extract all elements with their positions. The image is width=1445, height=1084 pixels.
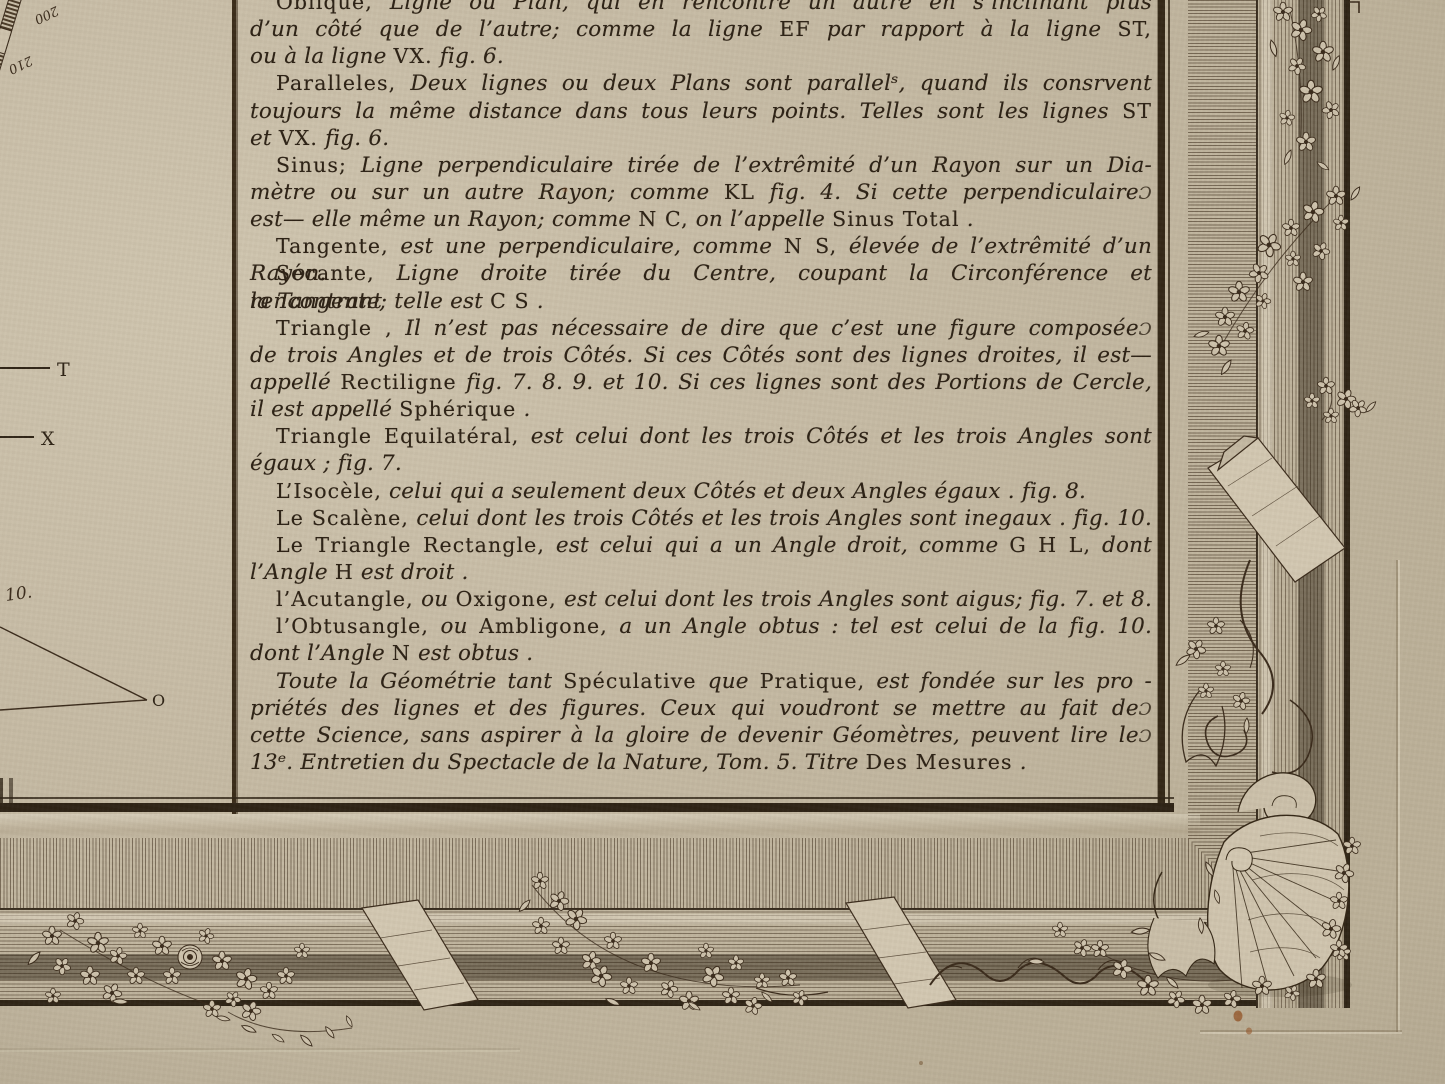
term-roman: Le Triangle Rectangle, xyxy=(276,533,545,557)
point-label-X: X xyxy=(41,428,55,450)
definition-italic: l’Angle xyxy=(250,560,335,585)
fig10-number: 10. xyxy=(4,582,34,606)
definition-italic: on l’appelle xyxy=(689,207,832,232)
term-roman: Tangente, xyxy=(276,234,389,258)
definition-italic: est fondée sur les pro - xyxy=(865,669,1152,694)
text-line: il est appellé Sphérique . xyxy=(250,396,1152,423)
term-roman: N S, xyxy=(784,234,837,258)
definition-italic: cette Science, sans aspirer à la gloire … xyxy=(250,723,1139,748)
definition-italic: Ɔ xyxy=(1139,727,1152,747)
term-roman: Sinus; xyxy=(276,153,347,177)
term-roman: Triangle Equilatéral, xyxy=(276,424,519,448)
scale-bar-fragment: 200 210 xyxy=(0,0,62,88)
term-roman: Sinus Total xyxy=(832,207,960,231)
definition-italic: est obtus . xyxy=(411,641,533,666)
text-line: l’Angle H est droit . xyxy=(250,559,1152,586)
term-roman: ST xyxy=(1122,99,1152,123)
text-panel-left-rule xyxy=(232,0,238,814)
definition-italic: ou xyxy=(429,614,479,639)
scale-label-200: 200 xyxy=(32,2,62,27)
text-line: est— elle même un Rayon; comme N C, on l… xyxy=(250,206,1152,233)
term-roman: Spéculative xyxy=(563,669,696,693)
definition-italic: dont l’Angle xyxy=(250,641,392,666)
definition-italic: fig. 4. Si cette perpendiculaire xyxy=(755,180,1139,205)
definition-italic: est celui dont les trois Angles sont aig… xyxy=(557,587,1152,612)
definition-italic: est celui qui a un Angle droit, comme xyxy=(545,533,1009,558)
point-label-T: T xyxy=(57,359,70,381)
text-column: Oblique, Ligne ou Plan, qui en rencontre… xyxy=(250,0,1152,776)
definition-italic: mètre ou sur un autre Rayon; comme xyxy=(250,180,724,205)
text-line: égaux ; fig. 7. xyxy=(250,450,1152,477)
right-border-molding xyxy=(1256,0,1350,1008)
text-line: Paralleles, Deux lignes ou deux Plans so… xyxy=(250,70,1152,97)
text-line: Toute la Géométrie tant Spéculative que … xyxy=(250,668,1152,695)
definition-italic: de trois Angles et de trois Côtés. Si ce… xyxy=(250,343,1152,368)
text-line: d’un côté que de l’autre; comme la ligne… xyxy=(250,16,1152,43)
text-line: Le Triangle Rectangle, est celui qui a u… xyxy=(250,532,1152,559)
term-roman: Rectiligne xyxy=(340,370,456,394)
definition-italic: et xyxy=(250,126,279,151)
term-roman: Sécante, xyxy=(276,261,375,285)
term-roman: KL xyxy=(724,180,755,204)
fig6-line-ends xyxy=(0,368,50,437)
definition-italic: fig. 6. xyxy=(433,44,504,69)
fig10-triangle xyxy=(0,627,147,710)
definition-italic: ou à la ligne xyxy=(250,44,394,69)
definition-italic: Deux lignes ou deux Plans sont parallelˢ… xyxy=(396,71,1152,96)
text-line: de trois Angles et de trois Côtés. Si ce… xyxy=(250,342,1152,369)
definition-italic: Ligne ou Plan, qui en rencontre un autre… xyxy=(373,0,1152,15)
text-line: Sinus; Ligne perpendiculaire tirée de l’… xyxy=(250,152,1152,179)
definition-italic: . xyxy=(1013,750,1027,775)
point-label-O: O xyxy=(152,691,165,710)
plate-hook-mark xyxy=(1349,2,1359,13)
definition-italic: appellé xyxy=(250,370,340,395)
definition-italic: d’un côté que de l’autre; comme la ligne xyxy=(250,17,779,42)
term-roman: Triangle , xyxy=(276,316,393,340)
definition-italic: Ligne perpendiculaire tirée de l’extrêmi… xyxy=(347,153,1152,178)
term-roman: Oblique, xyxy=(276,0,373,14)
text-panel-bottom-rule xyxy=(0,795,1174,814)
definition-italic: toujours la même distance dans tous leur… xyxy=(250,99,1122,124)
term-roman: Oxigone, xyxy=(456,587,557,611)
term-roman: EF xyxy=(779,17,810,41)
term-roman: Sphérique xyxy=(399,397,516,421)
definition-italic: est— elle même un Rayon; comme xyxy=(250,207,638,232)
text-line: L’Isocèle, celui qui a seulement deux Cô… xyxy=(250,478,1152,505)
text-line: appellé Rectiligne fig. 7. 8. 9. et 10. … xyxy=(250,369,1152,396)
text-line: 13ᵉ. Entretien du Spectacle de la Nature… xyxy=(250,749,1152,776)
text-line: Oblique, Ligne ou Plan, qui en rencontre… xyxy=(250,0,1152,16)
definition-italic: dont xyxy=(1091,533,1152,558)
term-roman: H xyxy=(335,560,354,584)
definition-italic: . xyxy=(530,289,544,314)
text-line: Le Scalène, celui dont les trois Côtés e… xyxy=(250,505,1152,532)
term-roman: Ambligone, xyxy=(479,614,608,638)
definition-italic: a un Angle obtus : tel est celui de la f… xyxy=(608,614,1152,639)
term-roman: Pratique, xyxy=(760,669,865,693)
definition-italic: que xyxy=(697,669,760,694)
text-line: dont l’Angle N est obtus . xyxy=(250,640,1152,667)
definition-italic: est celui dont les trois Côtés et les tr… xyxy=(519,424,1152,449)
definition-italic: priétés des lignes et des figures. Ceux … xyxy=(250,696,1139,721)
text-line: l’Acutangle, ou Oxigone, est celui dont … xyxy=(250,586,1152,613)
definition-italic: celui dont les trois Côtés et les trois … xyxy=(409,506,1152,531)
definition-italic: Ɔ xyxy=(1139,184,1152,204)
term-roman: L’Isocèle, xyxy=(276,479,382,503)
text-line: Triangle , Il n’est pas nécessaire de di… xyxy=(250,315,1152,342)
text-line: mètre ou sur un autre Rayon; comme KL fi… xyxy=(250,179,1152,206)
definition-italic: celui qui a seulement deux Côtés et deux… xyxy=(382,479,1086,504)
term-roman: ST, xyxy=(1117,17,1152,41)
text-line: Tangente, est une perpendiculaire, comme… xyxy=(250,233,1152,260)
definition-italic: est droit . xyxy=(354,560,469,585)
term-roman: l’Acutangle, xyxy=(276,587,414,611)
definition-italic: Il n’est pas nécessaire de dire que c’es… xyxy=(393,316,1139,341)
term-roman: N xyxy=(392,641,411,665)
term-roman: l’Obtusangle, xyxy=(276,614,429,638)
text-line: priétés des lignes et des figures. Ceux … xyxy=(250,695,1152,722)
definition-italic: est une perpendiculaire, comme xyxy=(389,234,784,259)
definition-italic: ou xyxy=(414,587,456,612)
term-roman: VX. xyxy=(394,44,433,68)
term-roman: VX. xyxy=(279,126,318,150)
definition-italic: Toute la Géométrie tant xyxy=(276,669,563,694)
definition-italic: Ɔ xyxy=(1139,700,1152,720)
term-roman: Le Scalène, xyxy=(276,506,409,530)
definition-italic: . xyxy=(960,207,974,232)
definition-italic: par rapport à la ligne xyxy=(811,17,1118,42)
right-border-hatching xyxy=(1188,0,1256,908)
term-roman: Des Mesures xyxy=(866,750,1013,774)
frame-emboss-step xyxy=(0,814,1200,838)
term-roman: Paralleles, xyxy=(276,71,396,95)
text-line: Triangle Equilatéral, est celui dont les… xyxy=(250,423,1152,450)
engraved-print-page: 200 210 T X 10. O xyxy=(0,0,1445,1084)
term-roman: C S xyxy=(490,289,530,313)
text-line: et VX. fig. 6. xyxy=(250,125,1152,152)
bottom-border-molding xyxy=(0,908,1256,1006)
scale-label-210: 210 xyxy=(6,52,36,77)
definition-italic: égaux ; fig. 7. xyxy=(250,451,402,476)
definition-italic: fig. 6. xyxy=(318,126,389,151)
text-line: Sécante, Ligne droite tirée du Centre, c… xyxy=(250,260,1152,287)
definition-italic: . xyxy=(516,397,530,422)
bottom-border-hatching xyxy=(0,838,1188,908)
text-line: la Tangente; telle est C S . xyxy=(250,288,1152,315)
text-line: l’Obtusangle, ou Ambligone, a un Angle o… xyxy=(250,613,1152,640)
definition-italic: fig. 7. 8. 9. et 10. Si ces lignes sont … xyxy=(457,370,1152,395)
definition-italic: 13ᵉ. Entretien du Spectacle de la Nature… xyxy=(250,750,866,775)
text-line: ou à la ligne VX. fig. 6. xyxy=(250,43,1152,70)
text-line: cette Science, sans aspirer à la gloire … xyxy=(250,722,1152,749)
text-line: toujours la même distance dans tous leur… xyxy=(250,98,1152,125)
term-roman: G H L, xyxy=(1009,533,1091,557)
term-roman: N C, xyxy=(638,207,688,231)
text-panel-right-rule xyxy=(1157,0,1173,812)
left-edge-frame-stub xyxy=(0,778,13,812)
definition-italic: il est appellé xyxy=(250,397,399,422)
definition-italic: Ɔ xyxy=(1139,320,1152,340)
definition-italic: la Tangente; telle est xyxy=(250,289,490,314)
